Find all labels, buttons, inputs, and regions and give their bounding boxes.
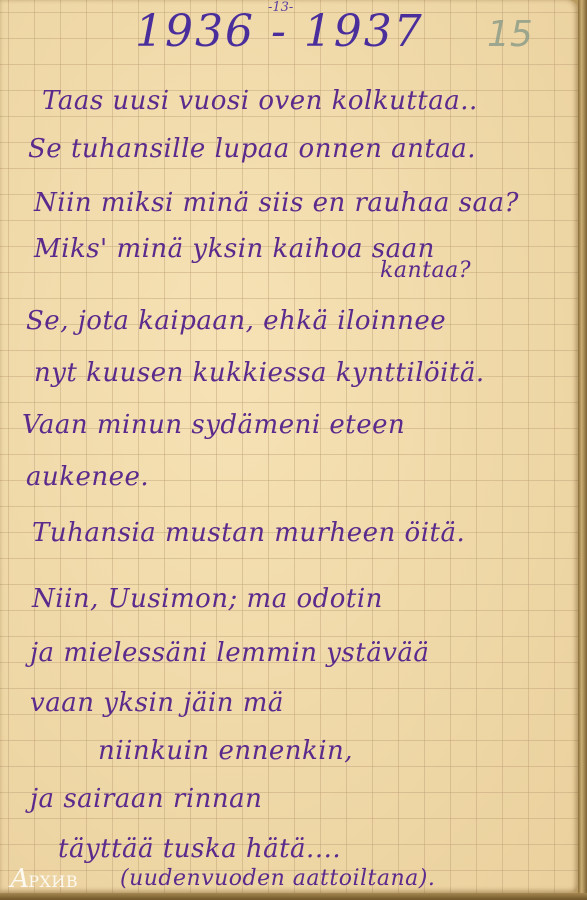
page-bottom-edge: [0, 893, 587, 900]
poem-line: Niin, Uusimon; ma odotin: [32, 584, 383, 614]
notebook-page: -13- 1936 - 1937 15 Taas uusi vuosi oven…: [0, 0, 578, 893]
poem-line: Miks' minä yksin kaihoa saan: [34, 234, 435, 264]
poem-line: niinkuin ennenkin,: [98, 736, 353, 766]
poem-line: Tuhansia mustan murheen öitä.: [32, 518, 465, 548]
poem-line: täyttää tuska hätä....: [58, 834, 341, 864]
watermark-text: РХИВ: [28, 872, 78, 891]
page-title-years: 1936 - 1937: [135, 6, 424, 57]
poem-line: Niin miksi minä siis en rauhaa saa?: [34, 188, 519, 218]
poem-line: aukenee.: [26, 462, 149, 492]
poem-line: Taas uusi vuosi oven kolkuttaa..: [42, 86, 478, 116]
archive-watermark: АРХИВ: [10, 864, 78, 894]
poem-line: Se tuhansille lupaa onnen antaa.: [28, 134, 476, 164]
poem-line: Vaan minun sydämeni eteen: [22, 410, 405, 440]
poem-line: nyt kuusen kukkiessa kynttilöitä.: [34, 358, 485, 388]
poem-signature-note: (uudenvuoden aattoiltana).: [120, 866, 435, 891]
poem-line: Se, jota kaipaan, ehkä iloinnee: [26, 306, 446, 336]
poem-line-continuation: kantaa?: [380, 258, 471, 283]
poem-line: ja sairaan rinnan: [30, 784, 262, 814]
page-right-edge: [578, 0, 587, 900]
poem-line: ja mielessäni lemmin ystävää: [30, 638, 429, 668]
poem-line: vaan yksin jäin mä: [30, 688, 284, 718]
folio-number: 15: [487, 14, 533, 55]
